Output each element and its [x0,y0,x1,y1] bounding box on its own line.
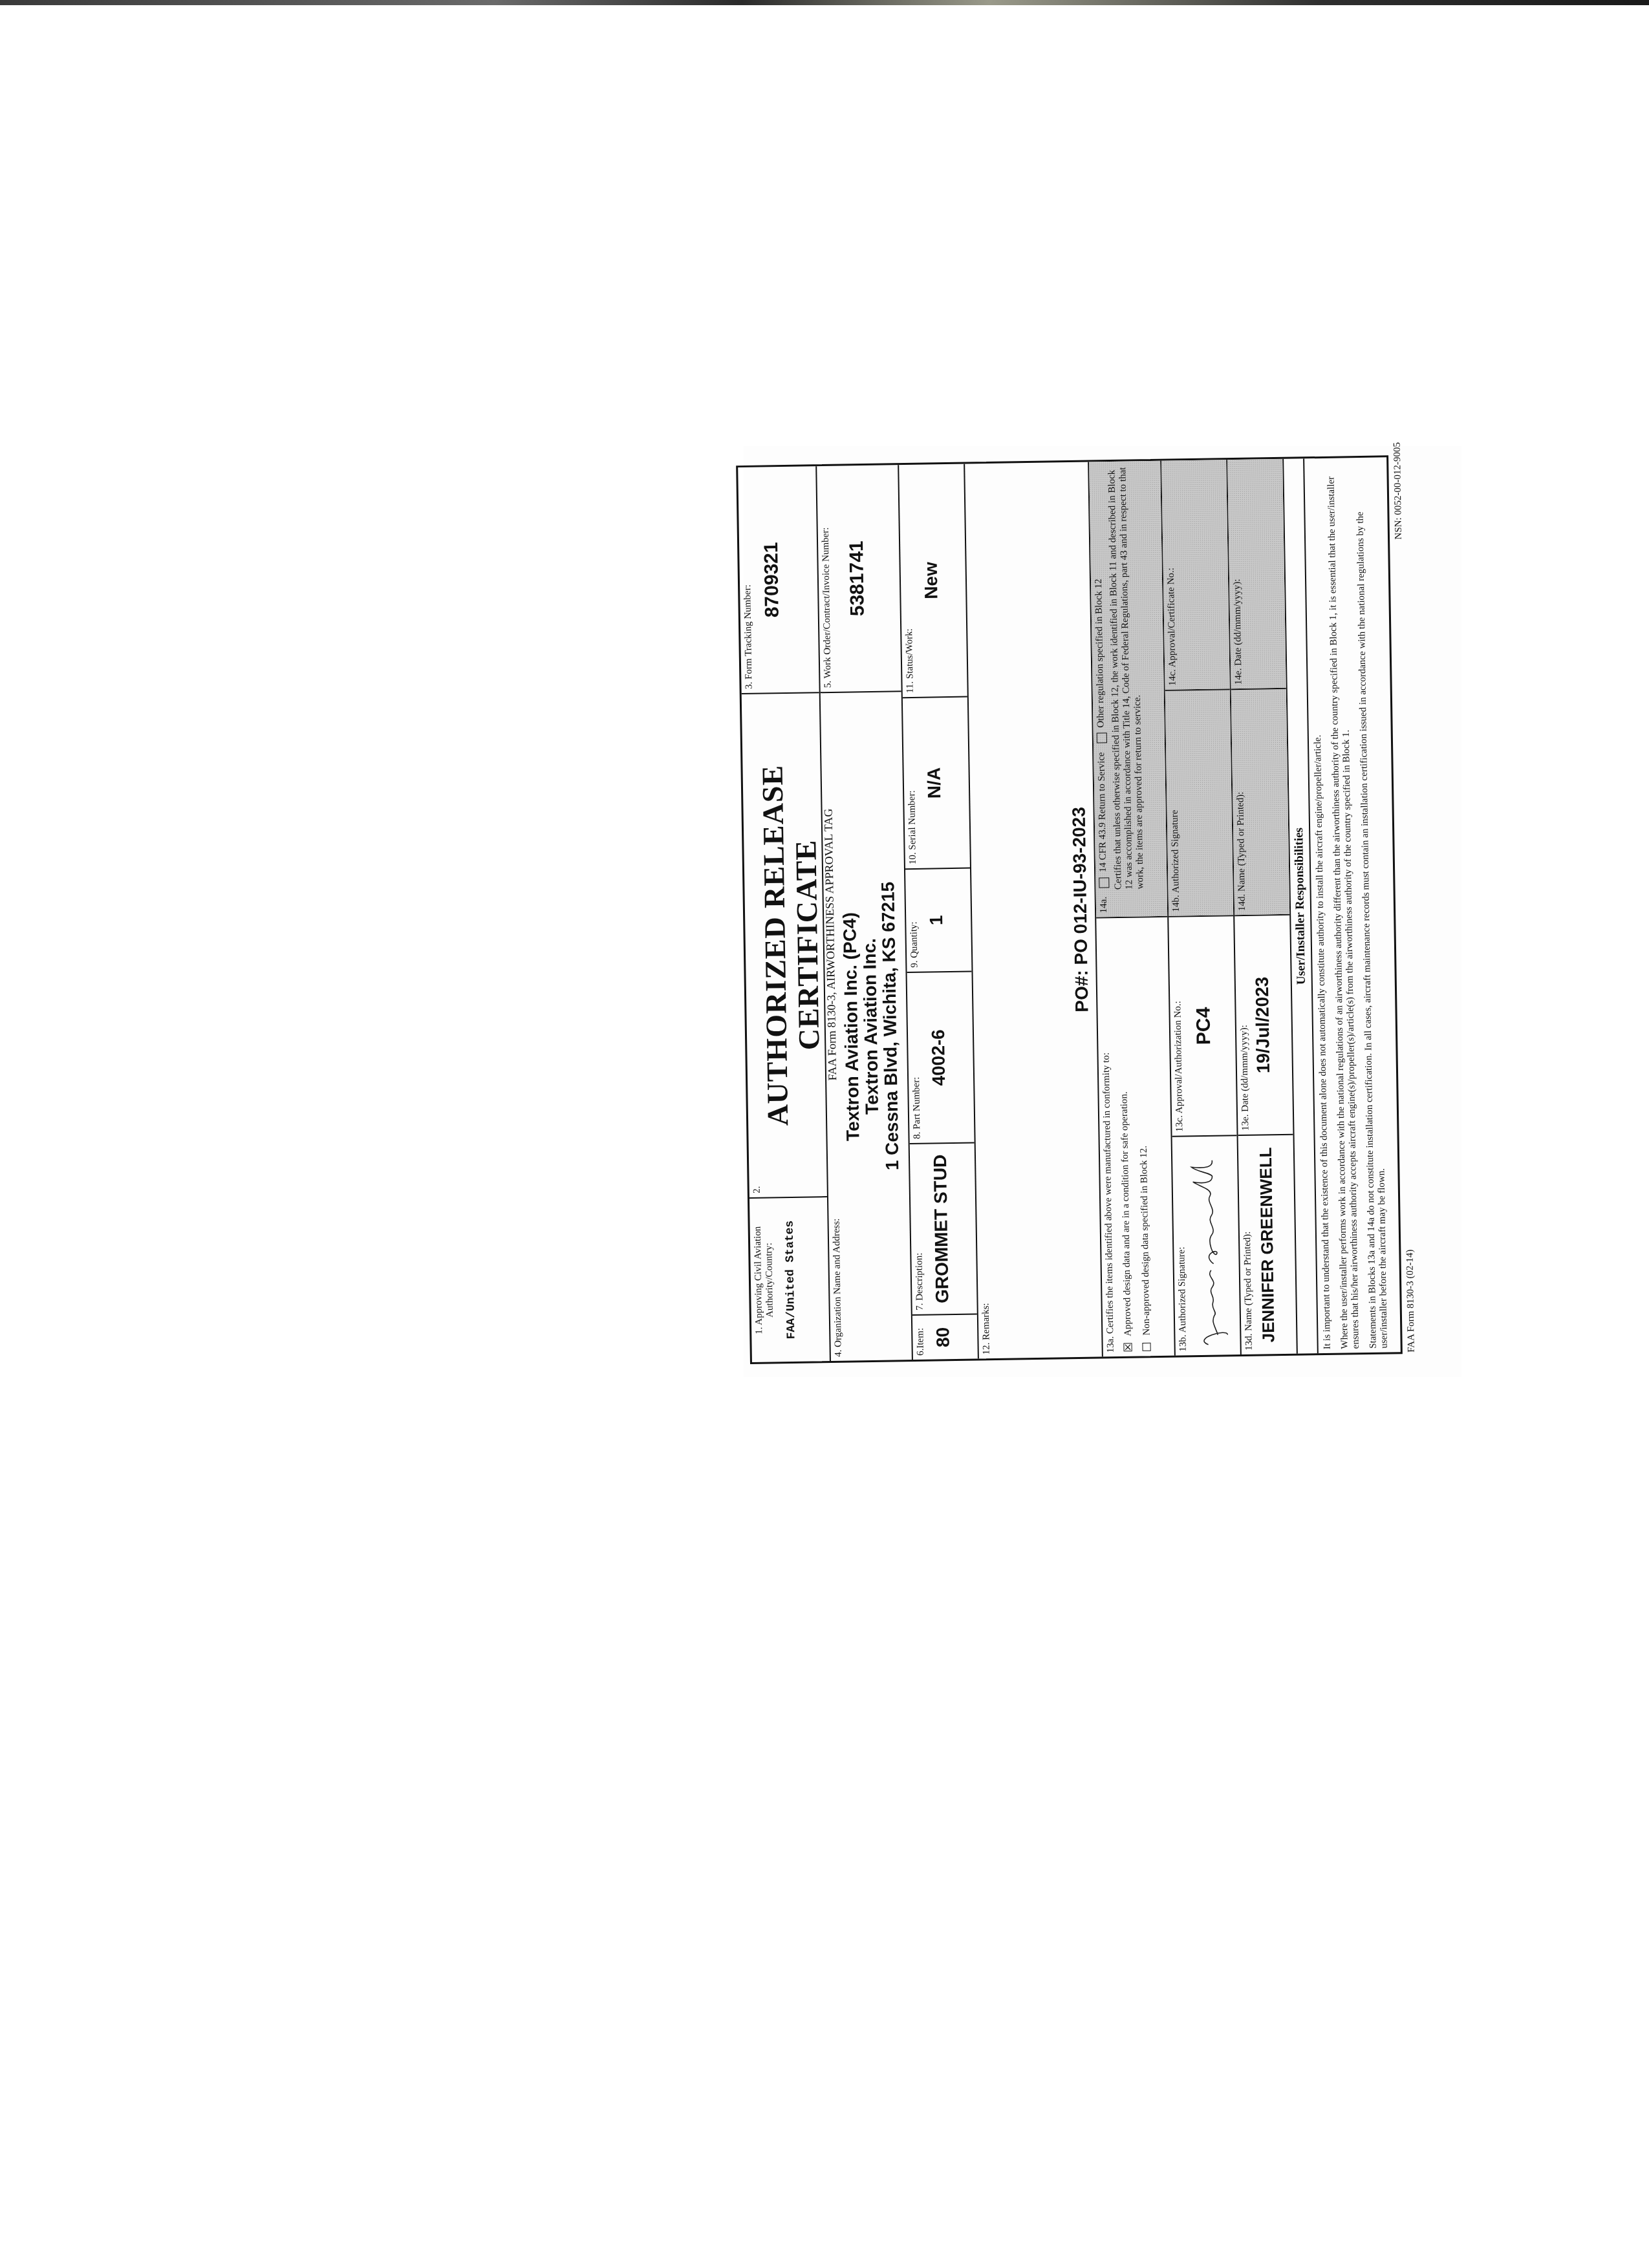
block-13a-label: 13a. Certifies the items identified abov… [1099,922,1116,1353]
block-14d: 14d. Name (Typed or Printed): [1231,688,1289,915]
block-14e: 14e. Date (dd/mmm/yyyy): [1227,459,1286,689]
responsibilities-text: It is important to understand that the e… [1304,457,1401,1353]
approved-design-text: Approved design data and are in a condit… [1119,1091,1133,1336]
block-6-label: 6.Item: [915,1320,927,1356]
block-1: 1. Approving Civil Aviation Authority/Co… [749,1196,830,1362]
block-14c: 14c. Approval/Certificate No.: [1161,460,1230,690]
block-9: 9. Quantity: 1 [905,868,972,972]
block-14a-statement: Certifies that unless otherwise specifie… [1106,465,1146,890]
form-tracking-number: 8709321 [759,471,784,689]
block-14a: 14a. 14 CFR 43.9 Return to Service Other… [1089,461,1167,917]
block-5-label: 5. Work Order/Contract/Invoice Number: [819,470,834,688]
block-14e-label: 14e. Date (dd/mmm/yyyy): [1230,464,1244,685]
approval-number: PC4 [1191,921,1216,1131]
non-approved-design-text: Non-approved design data specified in Bl… [1139,1146,1152,1336]
cfr-43-9-text: 14 CFR 43.9 Return to Service [1096,752,1108,872]
block-13a: 13a. Certifies the items identified abov… [1096,916,1174,1357]
other-regulation-text: Other regulation specified in Block 12 [1094,579,1106,728]
block-6: 6.Item: 80 [912,1313,978,1360]
block-7: 7. Description: GROMMET STUD [910,1142,977,1315]
block-9-label: 9. Quantity: [908,873,920,968]
authorized-release-certificate: 1. Approving Civil Aviation Authority/Co… [736,442,1449,1364]
block-4: 4. Organization Name and Address: Textro… [821,690,912,1361]
part-number: 4002-6 [927,976,951,1139]
non-approved-design-checkbox[interactable]: ☐ [1143,1343,1152,1352]
cfr-43-9-checkbox[interactable] [1099,877,1109,888]
block-13c: 13c. Approval/Authorization No.: PC4 [1169,915,1236,1136]
block-13e-label: 13e. Date (dd/mmm/yyyy): [1237,920,1251,1131]
option-approved-design: ☒ Approved design data and are in a cond… [1116,922,1134,1353]
block-11-label: 11. Status/Work: [901,469,916,693]
block-10: 10. Serial Number: N/A [903,696,970,869]
nsn-number: NSN: 0052-00-012-9005 [1392,442,1413,540]
block-5: 5. Work Order/Contract/Invoice Number: 5… [817,465,901,692]
form-id: FAA Form 8130-3 (02-14) [1405,1249,1417,1353]
block-3-label: 3. Form Tracking Number: [740,471,755,689]
quantity: 1 [925,873,947,967]
approved-design-checkbox[interactable]: ☒ [1124,1343,1133,1353]
block-8: 8. Part Number: 4002-6 [907,971,974,1144]
signer-name: JENNIFER GREENWELL [1256,1139,1279,1350]
block-14b-label: 14b. Authorized Signature [1168,694,1182,912]
block-11: 11. Status/Work: New [899,464,967,698]
block-13c-label: 13c. Approval/Authorization No.: [1171,921,1185,1131]
user-installer-responsibilities: User/Installer Responsibilities It is im… [1284,457,1401,1353]
block-13b: 13b. Authorized Signature: [1172,1135,1240,1356]
organization-address: Textron Aviation Inc. (PC4) Textron Avia… [837,696,905,1356]
status-work: New [919,468,943,692]
description: GROMMET STUD [930,1148,953,1310]
other-regulation-checkbox[interactable] [1096,733,1106,743]
block-14d-label: 14d. Name (Typed or Printed): [1234,694,1248,911]
item-number: 80 [932,1319,954,1355]
block-1-value: FAA/United States [783,1202,799,1358]
block-14b: 14b. Authorized Signature [1165,689,1233,916]
form-title: AUTHORIZED RELEASE CERTIFICATE [755,697,828,1193]
block-7-label: 7. Description: [912,1148,926,1311]
block-13e: 13e. Date (dd/mmm/yyyy): 19/Jul/2023 [1234,914,1293,1135]
signature-image [1186,1157,1234,1351]
block-8-label: 8. Part Number: [910,977,923,1139]
block-14a-label: 14a. [1099,897,1109,914]
block-10-label: 10. Serial Number: [905,702,919,864]
form-grid: 1. Approving Civil Aviation Authority/Co… [736,455,1403,1364]
block-13d: 13d. Name (Typed or Printed): JENNIFER G… [1238,1134,1297,1354]
block-14c-label: 14c. Approval/Certificate No.: [1164,465,1178,686]
block-3: 3. Form Tracking Number: 8709321 [738,466,819,693]
block-1-label: 1. Approving Civil Aviation Authority/Co… [752,1202,777,1358]
block-13d-label: 13d. Name (Typed or Printed): [1241,1140,1255,1351]
work-order-number: 5381741 [845,469,870,687]
scanner-edge [0,0,1649,5]
serial-number: N/A [923,701,946,864]
block-2: 2. AUTHORIZED RELEASE CERTIFICATE FAA Fo… [742,692,827,1197]
release-date: 19/Jul/2023 [1251,919,1275,1130]
option-non-approved-design: ☐ Non-approved design data specified in … [1135,921,1152,1352]
block-12: 12. Remarks: PO#: PO 012-IU-93-2023 [965,462,1102,1359]
